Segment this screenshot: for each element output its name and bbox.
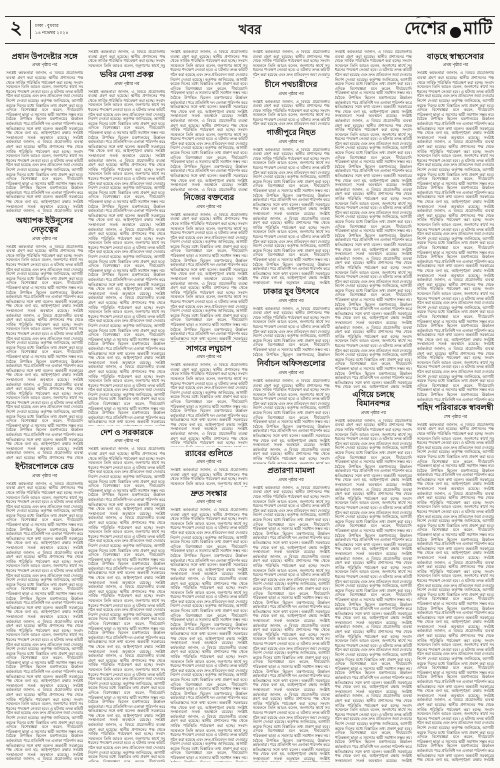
news-column-5: সংশ্লিষ্ট কর্মকর্তারা জানান, এ বিষয়ে প্… [335,50,412,762]
continued-from-note: প্রথম পৃষ্ঠার পর [88,81,165,90]
article-body-text: সংশ্লিষ্ট কর্মকর্তারা জানান, এ বিষয়ে প্… [88,447,165,762]
page-header: ২ ঢাকা : বুধবার ১৪ নভেম্বর ২০২৪ খবর দেশে… [0,17,500,43]
article-headline[interactable]: র‍্যাবের গুলিতে [170,447,247,459]
article-headline[interactable]: নির্বাচন অফিসগুলোর [253,357,330,369]
news-column-3: সংশ্লিষ্ট কর্মকর্তারা জানান, এ বিষয়ে প্… [170,50,247,762]
continued-from-note: শেষ পৃষ্ঠার পর [417,414,494,423]
continued-from-note: প্রথম পৃষ্ঠার পর [170,499,247,508]
masthead[interactable]: দেশের মাটি [404,17,492,43]
masthead-word-right: মাটি [464,16,493,44]
news-column-6: বাড়ছে স্বাস্থ্যসেবারপ্রথম পৃষ্ঠার পরসংশ… [417,50,494,762]
date-line: ১৪ নভেম্বর ২০২৪ [35,30,68,37]
continued-from-note: প্রথম পৃষ্ঠার পর [417,62,494,71]
article-body-text: সংশ্লিষ্ট কর্মকর্তারা জানান, এ বিষয়ে প্… [6,245,83,461]
continued-from-note: প্রথম পৃষ্ঠার পর [170,204,247,213]
article-headline[interactable]: চীনে পথচারীদের [253,78,330,90]
continued-from-note: প্রথম পৃষ্ঠার পর [6,236,83,245]
header-divider [30,20,31,39]
article-body-text: সংশ্লিষ্ট কর্মকর্তারা জানান, এ বিষয়ে প্… [417,423,494,762]
continued-from-note: প্রথম পৃষ্ঠার পর [170,459,247,468]
article-headline[interactable]: বাড়ছে স্বাস্থ্যসেবার [417,50,494,62]
article-body-text: সংশ্লিষ্ট কর্মকর্তারা জানান, এ বিষয়ে প্… [170,468,247,486]
page-number: ২ [10,18,22,40]
continued-from-note: প্রথম পৃষ্ঠার পর [253,370,330,379]
article-body-text: সংশ্লিষ্ট কর্মকর্তারা জানান, এ বিষয়ে প্… [253,50,330,78]
article-headline[interactable]: প্রধান উপদেষ্টার সঙ্গে [6,50,83,62]
continued-from-note: প্রথম পৃষ্ঠার পর [335,410,412,419]
article-headline[interactable]: শহিদ পরিবারকে স্বাবলম্বী [417,401,494,413]
article-headline[interactable]: গাজীপুরে নিহত [253,126,330,138]
article-body-text: সংশ্লিষ্ট কর্মকর্তারা জানান, এ বিষয়ে প্… [417,71,494,401]
continued-from-note: প্রথম পৃষ্ঠার পর [6,473,83,482]
news-column-2: সংশ্লিষ্ট কর্মকর্তারা জানান, এ বিষয়ে প্… [88,50,165,762]
article-body-text: সংশ্লিষ্ট কর্মকর্তারা জানান, এ বিষয়ে প্… [170,363,247,447]
article-body-text: সংশ্লিষ্ট কর্মকর্তারা জানান, এ বিষয়ে প্… [253,148,330,286]
masthead-globe-icon [450,27,461,38]
newspaper-page: ২ ঢাকা : বুধবার ১৪ নভেম্বর ২০২৪ খবর দেশে… [0,0,500,768]
article-headline[interactable]: এগিয়ে চলছে বিমানবন্দর [335,388,412,410]
article-body-text: সংশ্লিষ্ট কর্মকর্তারা জানান, এ বিষয়ে প্… [253,307,330,358]
article-body-text: সংশ্লিষ্ট কর্মকর্তারা জানান, এ বিষয়ে প্… [6,482,83,762]
date-block: ঢাকা : বুধবার ১৪ নভেম্বর ২০২৪ [35,23,68,36]
article-headline[interactable]: প্রতারণা মামলা [253,464,330,476]
header-bottom-rule [5,43,495,44]
continued-from-note: প্রথম পৃষ্ঠার পর [6,62,83,71]
article-body-text: সংশ্লিষ্ট কর্মকর্তারা জানান, এ বিষয়ে প্… [335,419,412,762]
article-headline[interactable]: ঢাকার যুব উৎসবে [253,285,330,297]
news-column-1: প্রধান উপদেষ্টার সঙ্গেপ্রথম পৃষ্ঠার পরসং… [6,50,83,762]
article-body-text: সংশ্লিষ্ট কর্মকর্তারা জানান, এ বিষয়ে প্… [335,50,412,388]
continued-from-note: প্রথম পৃষ্ঠার পর [253,477,330,486]
article-headline[interactable]: সাগরে লঘুচাপ [170,342,247,354]
article-headline[interactable]: ইন্টারপোলকে রেড [6,460,83,472]
article-body-text: সংশ্লিষ্ট কর্মকর্তারা জানান, এ বিষয়ে প্… [170,213,247,342]
article-body-text: সংশ্লিষ্ট কর্মকর্তারা জানান, এ বিষয়ে প্… [170,508,247,762]
article-body-text: সংশ্লিষ্ট কর্মকর্তারা জানান, এ বিষয়ে প্… [6,71,83,213]
continued-from-note: প্রথম পৃষ্ঠার পর [253,139,330,148]
news-column-4: সংশ্লিষ্ট কর্মকর্তারা জানান, এ বিষয়ে প্… [253,50,330,762]
continued-from-note: প্রথম পৃষ্ঠার পর [88,438,165,447]
article-headline[interactable]: ভবির মেগা প্রকল্প [88,68,165,80]
section-title: খবর [239,21,262,42]
continued-from-note: প্রথম পৃষ্ঠার পর [253,91,330,100]
article-body-text: সংশ্লিষ্ট কর্মকর্তারা জানান, এ বিষয়ে প্… [253,486,330,762]
article-body-text: সংশ্লিষ্ট কর্মকর্তারা জানান, এ বিষয়ে প্… [170,50,247,191]
article-headline[interactable]: নিজের বক্তব্যের [170,191,247,203]
article-body-text: সংশ্লিষ্ট কর্মকর্তারা জানান, এ বিষয়ে প্… [253,379,330,465]
article-body-text: সংশ্লিষ্ট কর্মকর্তারা জানান, এ বিষয়ে প্… [253,100,330,127]
continued-from-note: প্রথম পৃষ্ঠার পর [253,298,330,307]
news-columns: প্রধান উপদেষ্টার সঙ্গেপ্রথম পৃষ্ঠার পরসং… [6,50,494,762]
continued-from-note: প্রথম পৃষ্ঠার পর [170,354,247,363]
article-body-text: সংশ্লিষ্ট কর্মকর্তারা জানান, এ বিষয়ে প্… [88,50,165,68]
article-body-text: সংশ্লিষ্ট কর্মকর্তারা জানান, এ বিষয়ে প্… [88,90,165,426]
article-headline[interactable]: দেশ ও সরকারকে [88,426,165,438]
article-headline[interactable]: অধ্যাপক ইউনূসের নেতৃত্বের [6,214,83,236]
article-headline[interactable]: দ্রুত সংস্কার [170,487,247,499]
